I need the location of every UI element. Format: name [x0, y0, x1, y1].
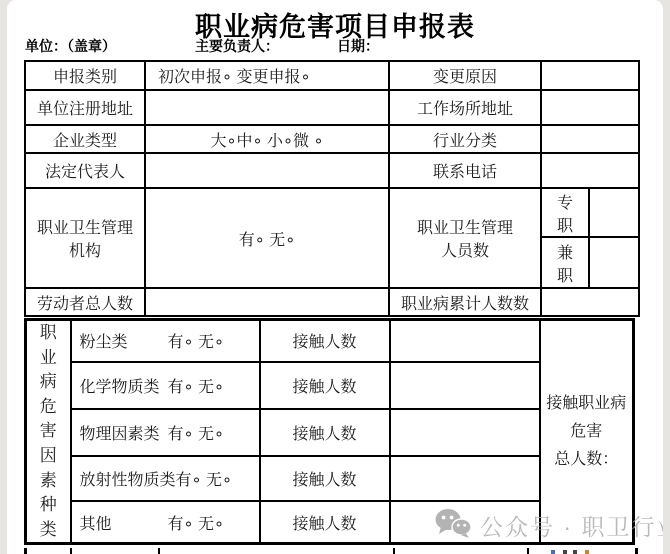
table-row: 企业类型 大∘中∘ 小∘微 ∘ 行业分类 — [25, 125, 639, 153]
contact-count-value — [390, 409, 540, 455]
industry-class-label: 行业分类 — [389, 125, 541, 153]
health-org-options: 有∘ 无∘ — [145, 188, 389, 288]
hazard-options: 有∘ 无∘ — [168, 379, 224, 396]
legal-rep-label: 法定代表人 — [25, 153, 145, 188]
fulltime-value — [589, 188, 639, 237]
hazard-options: 有∘ 无∘ — [176, 472, 232, 489]
table-border-fragment — [158, 548, 160, 554]
table-border-fragment — [70, 548, 72, 554]
legal-rep-value — [145, 153, 389, 188]
document-page: 职业病危害项目申报表 单位：（盖章） 主要负责人： 日期： 申报类别 初次申报∘… — [7, 0, 663, 554]
hazard-options: 有∘ 无∘ — [168, 516, 224, 533]
total-workers-value — [145, 288, 389, 316]
health-staff-label: 职业卫生管理 人员数 — [389, 188, 541, 288]
enterprise-type-options: 大∘中∘ 小∘微 ∘ — [145, 125, 389, 153]
total-exposed-label: 接触职业病 危害 总人数： — [540, 320, 634, 544]
cutoff-table-row — [24, 546, 638, 554]
table-border-fragment — [24, 548, 27, 554]
table-border-fragment — [393, 548, 395, 554]
contact-count-label: 接触人数 — [260, 320, 390, 362]
declare-type-label: 申报类别 — [25, 61, 145, 90]
contact-count-value — [390, 501, 540, 543]
cutoff-text-fragment — [551, 550, 555, 554]
phone-label: 联系电话 — [389, 153, 541, 188]
date-label: 日期： — [337, 36, 379, 56]
table-row: 职 业 病 危 害 因 素 种 类 粉尘类有∘ 无∘ 接触人数 接触职业病 危害… — [26, 320, 634, 362]
dust-row-options: 粉尘类有∘ 无∘ — [71, 320, 260, 362]
cutoff-text-fragment — [585, 550, 589, 554]
unit-seal-label: 单位：（盖章） — [25, 36, 116, 56]
principal-label: 主要负责人： — [195, 36, 279, 56]
change-reason-label: 变更原因 — [389, 61, 541, 90]
radioactive-row-options: 放射性物质类有∘ 无∘ — [71, 456, 260, 501]
table-border-fragment — [527, 548, 529, 554]
registered-address-label: 单位注册地址 — [25, 90, 145, 125]
change-reason-value — [541, 61, 639, 90]
contact-count-value — [390, 456, 540, 501]
parttime-label: 兼 职 — [541, 237, 589, 288]
table-row: 职业卫生管理 机构 有∘ 无∘ 职业卫生管理 人员数 专 职 — [25, 188, 639, 237]
hazard-name: 物理因素类 — [80, 421, 168, 444]
phone-value — [541, 153, 639, 188]
contact-count-label: 接触人数 — [260, 409, 390, 455]
table-row: 劳动者总人数 职业病累计人数数 — [25, 288, 639, 316]
enterprise-type-label: 企业类型 — [25, 125, 145, 153]
cutoff-text-fragment — [573, 550, 577, 554]
cutoff-text-fragment — [563, 550, 567, 554]
health-org-label: 职业卫生管理 机构 — [25, 188, 145, 288]
hazard-factors-table: 职 业 病 危 害 因 素 种 类 粉尘类有∘ 无∘ 接触人数 接触职业病 危害… — [24, 318, 635, 545]
hazard-category-vertical-header: 职 业 病 危 害 因 素 种 类 — [26, 320, 71, 544]
contact-count-value — [390, 320, 540, 362]
other-row-options: 其他有∘ 无∘ — [71, 501, 260, 543]
declare-type-options: 初次申报∘ 变更申报∘ — [145, 61, 389, 90]
table-row: 单位注册地址 工作场所地址 — [25, 90, 639, 125]
form-header-line: 单位：（盖章） 主要负责人： 日期： — [7, 36, 663, 54]
hazard-name: 其他 — [80, 511, 168, 534]
hazard-options: 有∘ 无∘ — [168, 426, 224, 443]
total-workers-label: 劳动者总人数 — [25, 288, 145, 316]
hazard-options: 有∘ 无∘ — [168, 334, 224, 351]
hazard-name: 化学物质类 — [80, 374, 168, 397]
declaration-info-table: 申报类别 初次申报∘ 变更申报∘ 变更原因 单位注册地址 工作场所地址 企业类型… — [24, 60, 640, 317]
contact-count-value — [390, 362, 540, 409]
parttime-value — [589, 237, 639, 288]
workplace-address-value — [541, 90, 639, 125]
table-row: 申报类别 初次申报∘ 变更申报∘ 变更原因 — [25, 61, 639, 90]
contact-count-label: 接触人数 — [260, 501, 390, 543]
cumulative-cases-value — [541, 288, 639, 316]
workplace-address-label: 工作场所地址 — [389, 90, 541, 125]
fulltime-label: 专 职 — [541, 188, 589, 237]
physical-row-options: 物理因素类有∘ 无∘ — [71, 409, 260, 455]
industry-class-value — [541, 125, 639, 153]
registered-address-value — [145, 90, 389, 125]
table-row: 法定代表人 联系电话 — [25, 153, 639, 188]
contact-count-label: 接触人数 — [260, 362, 390, 409]
chemical-row-options: 化学物质类有∘ 无∘ — [71, 362, 260, 409]
contact-count-label: 接触人数 — [260, 456, 390, 501]
hazard-name: 放射性物质类 — [80, 467, 176, 490]
cumulative-cases-label: 职业病累计人数数 — [389, 288, 541, 316]
hazard-name: 粉尘类 — [80, 329, 168, 352]
table-border-fragment — [635, 548, 638, 554]
